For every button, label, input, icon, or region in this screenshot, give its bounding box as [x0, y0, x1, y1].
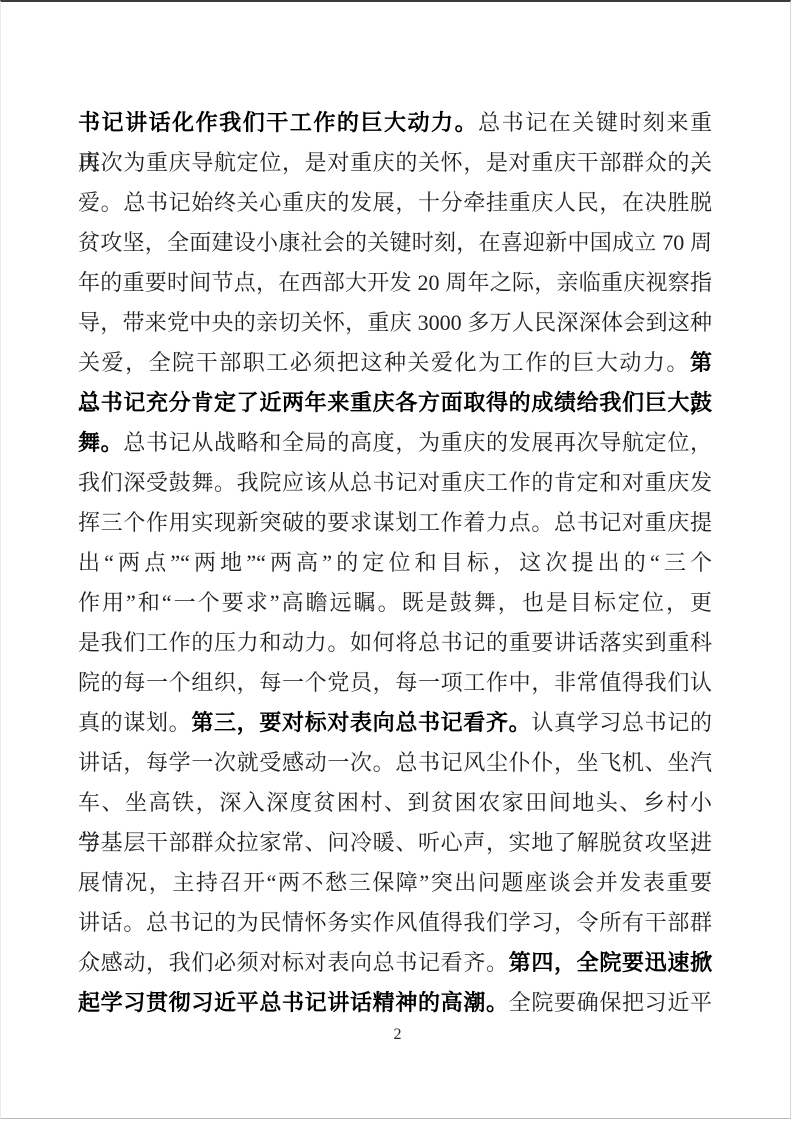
text-line: 爱。总书记始终关心重庆的发展，十分牵挂重庆人民，在决胜脱	[78, 183, 712, 223]
text-line: 众感动，我们必须对标对表向总书记看齐。第四，全院要迅速掀	[78, 943, 712, 983]
text-run: 众感动，我们必须对标对表向总书记看齐。	[78, 950, 509, 975]
text-run: 总书记充分肯定了近两年来重庆各方面取得的成绩给我们巨大鼓	[78, 390, 712, 415]
text-line: 与基层干部群众拉家常、问冷暖、听心声，实地了解脱贫攻坚进	[78, 823, 712, 863]
text-run: 挥三个作用实现新突破的要求谋划工作着力点。总书记对重庆提	[78, 510, 712, 535]
text-run: 书记讲话化作我们干工作的巨大动力。	[78, 110, 478, 135]
text-run: 导，带来党中央的亲切关怀，重庆 3000 多万人民深深体会到这种	[78, 310, 712, 335]
text-run: 关爱，全院干部职工必须把这种关爱化为工作的巨大动力。	[78, 350, 690, 375]
text-line: 书记讲话化作我们干工作的巨大动力。总书记在关键时刻来重庆，	[78, 103, 712, 143]
text-run: 总书记从战略和全局的高度，为重庆的发展再次导航定位，	[123, 430, 712, 455]
text-run: 我们深受鼓舞。我院应该从总书记对重庆工作的肯定和对重庆发	[78, 470, 712, 495]
text-run: 再次为重庆导航定位，是对重庆的关怀，是对重庆干部群众的关	[78, 150, 712, 175]
page-number: 2	[1, 1026, 793, 1044]
text-line: 起学习贯彻习近平总书记讲话精神的高潮。全院要确保把习近平	[78, 983, 712, 1023]
text-run: 与基层干部群众拉家常、问冷暖、听心声，实地了解脱贫攻坚进	[78, 830, 712, 855]
text-line: 总书记充分肯定了近两年来重庆各方面取得的成绩给我们巨大鼓	[78, 383, 712, 423]
text-line: 展情况，主持召开“两不愁三保障”突出问题座谈会并发表重要	[78, 863, 712, 903]
text-run: 第四，全院要迅速掀	[509, 950, 712, 975]
text-run: 年的重要时间节点，在西部大开发 20 周年之际，亲临重庆视察指	[78, 270, 712, 295]
text-block: 书记讲话化作我们干工作的巨大动力。总书记在关键时刻来重庆，再次为重庆导航定位，是…	[78, 103, 712, 1023]
text-line: 车、坐高铁，深入深度贫困村、到贫困农家田间地头、乡村小学，	[78, 783, 712, 823]
text-line: 贫攻坚，全面建设小康社会的关键时刻，在喜迎新中国成立 70 周	[78, 223, 712, 263]
text-run: 是我们工作的压力和动力。如何将总书记的重要讲话落实到重科	[78, 630, 712, 655]
text-line: 年的重要时间节点，在西部大开发 20 周年之际，亲临重庆视察指	[78, 263, 712, 303]
text-line: 讲话，每学一次就受感动一次。总书记风尘仆仆，坐飞机、坐汽	[78, 743, 712, 783]
text-run: 起学习贯彻习近平总书记讲话精神的高潮。	[78, 990, 509, 1015]
text-line: 关爱，全院干部职工必须把这种关爱化为工作的巨大动力。第二，	[78, 343, 712, 383]
text-run: 认真学习总书记的	[531, 710, 712, 735]
text-line: 舞。总书记从战略和全局的高度，为重庆的发展再次导航定位，	[78, 423, 712, 463]
text-line: 真的谋划。第三，要对标对表向总书记看齐。认真学习总书记的	[78, 703, 712, 743]
text-run: 真的谋划。	[78, 710, 191, 735]
text-line: 导，带来党中央的亲切关怀，重庆 3000 多万人民深深体会到这种	[78, 303, 712, 343]
text-run: 贫攻坚，全面建设小康社会的关键时刻，在喜迎新中国成立 70 周	[78, 230, 712, 255]
text-line: 作用”和“一个要求”高瞻远瞩。既是鼓舞，也是目标定位，更	[78, 583, 712, 623]
document-page: 书记讲话化作我们干工作的巨大动力。总书记在关键时刻来重庆，再次为重庆导航定位，是…	[0, 0, 791, 1119]
text-line: 出“两点”“两地”“两高”的定位和目标，这次提出的“三个	[78, 543, 712, 583]
text-line: 我们深受鼓舞。我院应该从总书记对重庆工作的肯定和对重庆发	[78, 463, 712, 503]
text-line: 再次为重庆导航定位，是对重庆的关怀，是对重庆干部群众的关	[78, 143, 712, 183]
text-run: 作用”和“一个要求”高瞻远瞩。既是鼓舞，也是目标定位，更	[78, 590, 712, 615]
text-run: 讲话，每学一次就受感动一次。总书记风尘仆仆，坐飞机、坐汽	[78, 750, 712, 775]
text-line: 院的每一个组织，每一个党员，每一项工作中，非常值得我们认	[78, 663, 712, 703]
text-run: 舞。	[78, 430, 123, 455]
text-run: 全院要确保把习近平	[509, 990, 712, 1015]
text-line: 讲话。总书记的为民情怀务实作风值得我们学习，令所有干部群	[78, 903, 712, 943]
text-run: 展情况，主持召开“两不愁三保障”突出问题座谈会并发表重要	[78, 870, 712, 895]
text-run: 院的每一个组织，每一个党员，每一项工作中，非常值得我们认	[78, 670, 712, 695]
text-run: 讲话。总书记的为民情怀务实作风值得我们学习，令所有干部群	[78, 910, 712, 935]
text-run: 出“两点”“两地”“两高”的定位和目标，这次提出的“三个	[78, 550, 712, 575]
text-run: 第三，要对标对表向总书记看齐。	[191, 710, 531, 735]
text-line: 是我们工作的压力和动力。如何将总书记的重要讲话落实到重科	[78, 623, 712, 663]
text-run: 爱。总书记始终关心重庆的发展，十分牵挂重庆人民，在决胜脱	[78, 190, 712, 215]
text-line: 挥三个作用实现新突破的要求谋划工作着力点。总书记对重庆提	[78, 503, 712, 543]
